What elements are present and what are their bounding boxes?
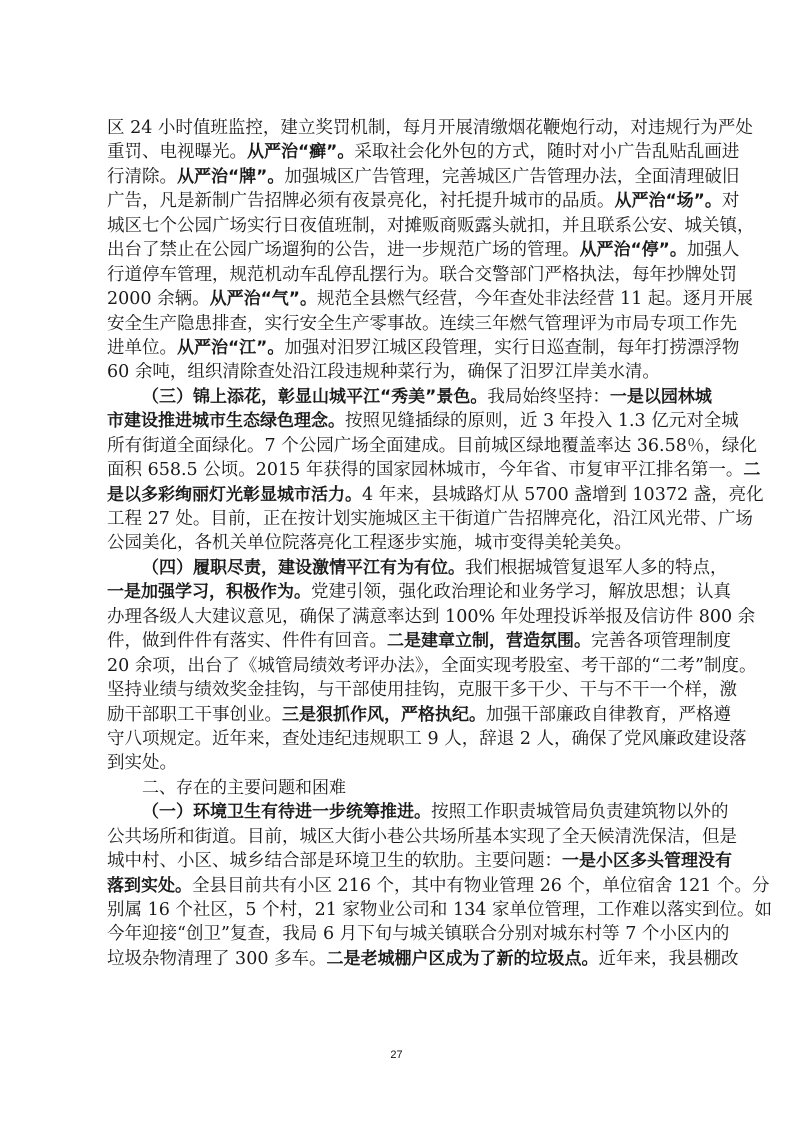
bold-phrase: 市建设推进城市生态绿色理念。 — [107, 411, 345, 431]
text-run: 安全生产隐患排查，实行安全生产零事故。连续三年燃气管理评为市局专项工作先 — [107, 314, 737, 334]
text-run: 所有街道全面绿化。7 个公园广场全面建成。目前城区绿地覆盖率达 36.58％，绿… — [107, 436, 757, 456]
text-run: 广告，凡是新制广告招牌必须有夜景亮化，衬托提升城市的品质。 — [107, 191, 615, 211]
text-line: 件，做到件件有落实、件件有回音。二是建章立制，营造氛围。完善各项管理制度 — [107, 629, 689, 653]
bold-phrase: 一是小区多头管理没有 — [562, 851, 732, 871]
bold-phrase: （三）锦上添花，彰显山城平江“秀美”景色。 — [142, 387, 487, 407]
section-heading: 二、存在的主要问题和困难 — [107, 776, 689, 800]
text-line: 行道停车管理，规范机动车乱停乱摆行为。联合交警部门严格执法，每年抄牌处罚 — [107, 263, 689, 287]
text-run: 60 余吨，组织清除查处沿江段违规种菜行为，确保了汨罗江岸美水清。 — [107, 362, 660, 382]
text-line: 一是加强学习，积极作为。党建引领，强化政治理论和业务学习，解放思想；认真 — [107, 580, 689, 604]
text-run: 加强人 — [687, 240, 740, 260]
text-line: 坚持业绩与绩效奖金挂钩，与干部使用挂钩，克服干多干少、干与不干一个样，激 — [107, 678, 689, 702]
text-run: 规范全县燃气经营，今年查处非法经营 11 起。逐月开展 — [317, 289, 753, 309]
text-run: 二、存在的主要问题和困难 — [142, 778, 346, 798]
text-run: 我局始终坚持： — [487, 387, 610, 407]
text-line: 城中村、小区、城乡结合部是环境卫生的软肋。主要问题：一是小区多头管理没有 — [107, 849, 689, 873]
text-line: 落到实处。全县目前共有小区 216 个，其中有物业管理 26 个，单位宿舍 12… — [107, 874, 689, 898]
text-run: 件，做到件件有落实、件件有回音。 — [107, 631, 387, 651]
text-run: 加强城区广告管理，完善城区广告管理办法，全面清理破旧 — [284, 167, 739, 187]
bold-phrase: （一）环境卫生有待进一步统筹推进。 — [142, 802, 431, 822]
text-line: 区 24 小时值班监控，建立奖罚机制，每月开展清缴烟花鞭炮行动，对违规行为严处 — [107, 116, 689, 140]
text-line: 进单位。从严治“江”。加强对汨罗江城区段管理，实行日巡查制，每年打捞漂浮物 — [107, 336, 689, 360]
text-run: 按照见缝插绿的原则，近 3 年投入 1.3 亿元对全城 — [345, 411, 739, 431]
text-line: （一）环境卫生有待进一步统筹推进。按照工作职责城管局负责建筑物以外的 — [107, 800, 689, 824]
text-run: 重罚、电视曝光。 — [107, 142, 247, 162]
body-text: 区 24 小时值班监控，建立奖罚机制，每月开展清缴烟花鞭炮行动，对违规行为严处重… — [107, 116, 689, 971]
text-line: 城区七个公园广场实行日夜值班制，对摊贩商贩露头就扣，并且联系公安、城关镇， — [107, 214, 689, 238]
text-line: 出台了禁止在公园广场遛狗的公告，进一步规范广场的管理。从严治“停”。加强人 — [107, 238, 689, 262]
text-run: 行清除。 — [107, 167, 177, 187]
text-line: 所有街道全面绿化。7 个公园广场全面建成。目前城区绿地覆盖率达 36.58％，绿… — [107, 434, 689, 458]
bold-phrase: 二 — [743, 460, 760, 480]
text-run: 按照工作职责城管局负责建筑物以外的 — [431, 802, 729, 822]
bold-phrase: 从严治“癣”。 — [247, 142, 354, 162]
bold-phrase: 从严治“停”。 — [580, 240, 687, 260]
text-run: 工程 27 处。目前，正在按计划实施城区主干街道广告招牌亮化，沿江风光带、广场 — [107, 509, 753, 529]
text-run: 守八项规定。近年来，查处违纪违规职工 9 人，辞退 2 人，确保了党风廉政建设落 — [107, 729, 747, 749]
bold-phrase: （四）履职尽责，建设激情平江有为有位。 — [142, 558, 465, 578]
text-run: 坚持业绩与绩效奖金挂钩，与干部使用挂钩，克服干多干少、干与不干一个样，激 — [107, 680, 737, 700]
bold-phrase: 三是狠抓作风，严格执纪。 — [282, 705, 486, 725]
text-run: 励干部职工干事创业。 — [107, 705, 282, 725]
text-run: 对 — [722, 191, 740, 211]
text-line: （四）履职尽责，建设激情平江有为有位。我们根据城管复退军人多的特点， — [107, 556, 689, 580]
text-line: 市建设推进城市生态绿色理念。按照见缝插绿的原则，近 3 年投入 1.3 亿元对全… — [107, 409, 689, 433]
bold-phrase: 一是加强学习，积极作为。 — [107, 582, 311, 602]
text-run: 4 年来，县城路灯从 5700 盏增到 10372 盏，亮化 — [362, 485, 764, 505]
text-line: 守八项规定。近年来，查处违纪违规职工 9 人，辞退 2 人，确保了党风廉政建设落 — [107, 727, 689, 751]
text-run: 2000 余辆。 — [107, 289, 210, 309]
text-line: 励干部职工干事创业。三是狠抓作风，严格执纪。加强干部廉政自律教育，严格遵 — [107, 703, 689, 727]
text-run: 公共场所和街道。目前，城区大街小巷公共场所基本实现了全天候清洗保洁，但是 — [107, 827, 737, 847]
text-run: 城区七个公园广场实行日夜值班制，对摊贩商贩露头就扣，并且联系公安、城关镇， — [107, 216, 755, 236]
page-number: 27 — [0, 1049, 793, 1061]
text-run: 到实处。 — [107, 753, 177, 773]
bold-phrase: 落到实处。 — [107, 876, 192, 896]
text-line: 2000 余辆。从严治“气”。规范全县燃气经营，今年查处非法经营 11 起。逐月… — [107, 287, 689, 311]
text-line: 今年迎接“创卫”复查，我局 6 月下旬与城关镇联合分别对城东村等 7 个小区内的 — [107, 922, 689, 946]
bold-phrase: 从严治“气”。 — [210, 289, 317, 309]
text-run: 完善各项管理制度 — [591, 631, 731, 651]
text-line: 重罚、电视曝光。从严治“癣”。采取社会化外包的方式，随时对小广告乱贴乱画进 — [107, 140, 689, 164]
text-run: 我们根据城管复退军人多的特点， — [465, 558, 728, 578]
text-run: 公园美化，各机关单位院落亮化工程逐步实施，城市变得美轮美奂。 — [107, 533, 632, 553]
text-line: 广告，凡是新制广告招牌必须有夜景亮化，衬托提升城市的品质。从严治“场”。对 — [107, 189, 689, 213]
bold-phrase: 从严治“场”。 — [615, 191, 722, 211]
text-run: 出台了禁止在公园广场遛狗的公告，进一步规范广场的管理。 — [107, 240, 580, 260]
document-page: 区 24 小时值班监控，建立奖罚机制，每月开展清缴烟花鞭炮行动，对违规行为严处重… — [0, 0, 793, 1122]
text-run: 党建引领，强化政治理论和业务学习，解放思想；认真 — [311, 582, 731, 602]
text-run: 全县目前共有小区 216 个，其中有物业管理 26 个，单位宿舍 121 个。分 — [192, 876, 769, 896]
text-line: 公园美化，各机关单位院落亮化工程逐步实施，城市变得美轮美奂。 — [107, 531, 689, 555]
text-line: 20 余项，出台了《城管局绩效考评办法》，全面实现考股室、考干部的“二考”制度。 — [107, 654, 689, 678]
text-run: 今年迎接“创卫”复查，我局 6 月下旬与城关镇联合分别对城东村等 7 个小区内的 — [107, 924, 729, 944]
text-line: （三）锦上添花，彰显山城平江“秀美”景色。我局始终坚持：一是以园林城 — [107, 385, 689, 409]
text-line: 到实处。 — [107, 751, 689, 775]
text-run: 20 余项，出台了《城管局绩效考评办法》，全面实现考股室、考干部的“二考”制度。 — [107, 656, 756, 676]
text-line: 公共场所和街道。目前，城区大街小巷公共场所基本实现了全天候清洗保洁，但是 — [107, 825, 689, 849]
bold-phrase: 二是老城棚户区成为了新的垃圾点。 — [327, 949, 599, 969]
text-run: 进单位。 — [107, 338, 177, 358]
text-run: 办理各级人大建议意见，确保了满意率达到 100% 年处理投诉举报及信访件 800… — [107, 607, 755, 627]
text-line: 垃圾杂物清理了 300 多车。二是老城棚户区成为了新的垃圾点。近年来，我县棚改 — [107, 947, 689, 971]
text-line: 工程 27 处。目前，正在按计划实施城区主干街道广告招牌亮化，沿江风光带、广场 — [107, 507, 689, 531]
text-line: 是以多彩绚丽灯光彰显城市活力。4 年来，县城路灯从 5700 盏增到 10372… — [107, 483, 689, 507]
text-run: 采取社会化外包的方式，随时对小广告乱贴乱画进 — [354, 142, 739, 162]
text-line: 办理各级人大建议意见，确保了满意率达到 100% 年处理投诉举报及信访件 800… — [107, 605, 689, 629]
text-line: 60 余吨，组织清除查处沿江段违规种菜行为，确保了汨罗江岸美水清。 — [107, 360, 689, 384]
text-line: 安全生产隐患排查，实行安全生产零事故。连续三年燃气管理评为市局专项工作先 — [107, 312, 689, 336]
text-run: 面积 658.5 公顷。2015 年获得的国家园林城市，今年省、市复审平江排名第… — [107, 460, 743, 480]
text-line: 面积 658.5 公顷。2015 年获得的国家园林城市，今年省、市复审平江排名第… — [107, 458, 689, 482]
bold-phrase: 从严治“江”。 — [177, 338, 284, 358]
text-run: 区 24 小时值班监控，建立奖罚机制，每月开展清缴烟花鞭炮行动，对违规行为严处 — [107, 118, 753, 138]
bold-phrase: 是以多彩绚丽灯光彰显城市活力。 — [107, 485, 362, 505]
text-run: 城中村、小区、城乡结合部是环境卫生的软肋。主要问题： — [107, 851, 562, 871]
text-line: 行清除。从严治“牌”。加强城区广告管理，完善城区广告管理办法，全面清理破旧 — [107, 165, 689, 189]
text-run: 别属 16 个社区，5 个村，21 家物业公司和 134 家单位管理，工作难以落… — [107, 900, 772, 920]
bold-phrase: 从严治“牌”。 — [177, 167, 284, 187]
bold-phrase: 二是建章立制，营造氛围。 — [387, 631, 591, 651]
bold-phrase: 一是以园林城 — [610, 387, 712, 407]
text-run: 近年来，我县棚改 — [599, 949, 739, 969]
text-run: 垃圾杂物清理了 300 多车。 — [107, 949, 327, 969]
text-run: 加强对汨罗江城区段管理，实行日巡查制，每年打捞漂浮物 — [284, 338, 739, 358]
text-run: 行道停车管理，规范机动车乱停乱摆行为。联合交警部门严格执法，每年抄牌处罚 — [107, 265, 737, 285]
text-run: 加强干部廉政自律教育，严格遵 — [486, 705, 731, 725]
text-line: 别属 16 个社区，5 个村，21 家物业公司和 134 家单位管理，工作难以落… — [107, 898, 689, 922]
